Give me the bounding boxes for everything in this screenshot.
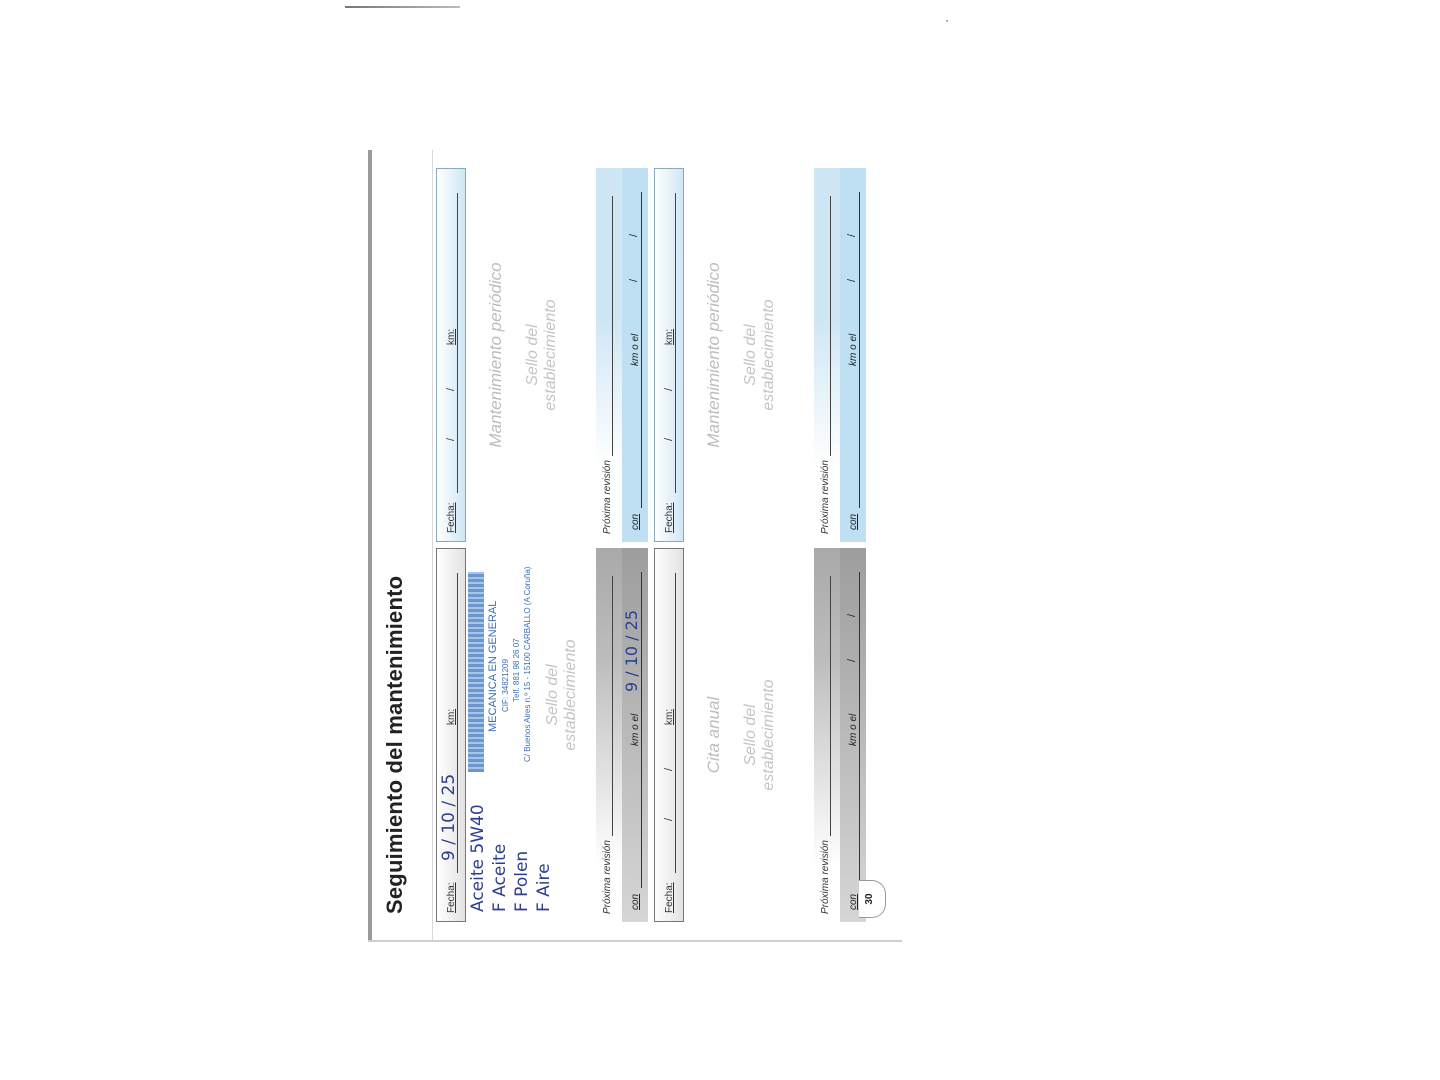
stamp-activity: MECANICA EN GENERAL	[487, 562, 499, 772]
next-revision-km-line	[859, 572, 860, 888]
workshop-stamp: MECANICA EN GENERAL CIF: 34821209 Telf. …	[468, 562, 532, 772]
date-separator: /	[846, 659, 858, 662]
date-separator: /	[663, 388, 675, 391]
date-km-bar: Fecha: 9 / 10 / 25 km:	[436, 548, 466, 922]
stamp-phone: Telf. 881 98 26 07	[512, 562, 521, 772]
stamp-placeholder-text: Sello del establecimiento	[742, 168, 778, 542]
stamp-placeholder-text: Sello del establecimiento	[524, 168, 560, 542]
handwritten-next-date[interactable]: 9 / 10 / 25	[622, 610, 641, 692]
scan-speck	[946, 20, 948, 22]
next-revision-label: Próxima revisión	[602, 460, 613, 534]
km-o-el-label: km o el	[630, 714, 641, 746]
km-label: km:	[664, 709, 675, 725]
km-label: km:	[446, 329, 457, 345]
stamp-business-name	[468, 572, 484, 772]
next-revision-label: Próxima revisión	[820, 460, 831, 534]
next-revision-line	[830, 196, 831, 456]
next-revision-row: con km o el / /	[840, 168, 866, 542]
next-revision-line	[612, 576, 613, 836]
km-label: km:	[664, 329, 675, 345]
next-revision-box: Próxima revisión con km o el / /	[814, 168, 866, 542]
date-km-bar: Fecha: / / km:	[654, 168, 684, 542]
section-type-label: Cita anual	[704, 548, 724, 922]
next-revision-box: Próxima revisión con km o el / /	[596, 168, 648, 542]
maintenance-card: Fecha: / / km: Cita anual Sello del esta…	[654, 548, 866, 922]
con-label: con	[630, 514, 641, 530]
fecha-line	[675, 193, 676, 493]
date-separator: /	[846, 279, 858, 282]
date-separator: /	[846, 614, 858, 617]
date-separator: /	[628, 234, 640, 237]
handwritten-date[interactable]: 9 / 10 / 25	[439, 774, 459, 861]
next-revision-row: con km o el / /	[622, 168, 648, 542]
page-title: Seguimiento del mantenimiento	[382, 576, 408, 914]
next-revision-box: Próxima revisión con km o el / /	[814, 548, 866, 922]
fecha-line	[675, 573, 676, 873]
maintenance-card: Fecha: / / km: Mantenimiento periódico S…	[654, 168, 866, 542]
km-o-el-label: km o el	[630, 334, 641, 366]
date-separator: /	[628, 279, 640, 282]
fecha-line	[457, 193, 458, 493]
periodic-maintenance-column: Fecha: / / km: Mantenimiento periódico S…	[432, 168, 872, 542]
maintenance-log-page: Seguimiento del mantenimiento Fecha: 9 /…	[368, 150, 902, 940]
con-label: con	[848, 514, 859, 530]
date-separator: /	[663, 768, 675, 771]
next-revision-km-line	[641, 192, 642, 508]
con-label: con	[630, 894, 641, 910]
date-km-bar: Fecha: / / km:	[436, 168, 466, 542]
next-revision-label: Próxima revisión	[602, 840, 613, 914]
next-revision-label: Próxima revisión	[820, 840, 831, 914]
next-revision-row: con km o el / /	[840, 548, 866, 922]
next-revision-row: con km o el 9 / 10 / 25	[622, 548, 648, 922]
next-revision-box: Próxima revisión con km o el 9 / 10 / 25	[596, 548, 648, 922]
km-o-el-label: km o el	[848, 334, 859, 366]
date-separator: /	[846, 234, 858, 237]
date-separator: /	[663, 818, 675, 821]
handwritten-note: F Polen	[512, 851, 532, 912]
handwritten-note: Aceite 5W40	[468, 804, 488, 912]
stamp-placeholder-text: Sello del establecimiento	[742, 548, 778, 922]
section-type-label: Mantenimiento periódico	[486, 168, 506, 542]
km-label: km:	[446, 709, 457, 725]
km-o-el-label: km o el	[848, 714, 859, 746]
next-revision-line	[830, 576, 831, 836]
fecha-label: Fecha:	[446, 882, 457, 913]
date-km-bar: Fecha: / / km:	[654, 548, 684, 922]
maintenance-card: Fecha: / / km: Mantenimiento periódico S…	[436, 168, 648, 542]
handwritten-note: F Aceite	[490, 844, 510, 912]
stamp-placeholder-text: Sello del establecimiento	[544, 508, 580, 882]
date-separator: /	[445, 438, 457, 441]
scan-edge-line	[345, 6, 460, 8]
date-separator: /	[663, 438, 675, 441]
fecha-label: Fecha:	[664, 882, 675, 913]
stamp-address: C/ Buenos Aires n.º 15 - 15100 CARBALLO …	[523, 562, 532, 772]
fecha-label: Fecha:	[446, 502, 457, 533]
page-number: 30	[859, 880, 886, 918]
next-revision-km-line	[859, 192, 860, 508]
next-revision-line	[612, 196, 613, 456]
maintenance-card: Fecha: 9 / 10 / 25 km: Aceite 5W40 F Ace…	[436, 548, 648, 922]
con-label: con	[848, 894, 859, 910]
stamp-cif: CIF: 34821209	[501, 562, 510, 772]
date-separator: /	[445, 388, 457, 391]
next-revision-km-line	[641, 572, 642, 888]
section-type-label: Mantenimiento periódico	[704, 168, 724, 542]
annual-appointments-column: Fecha: 9 / 10 / 25 km: Aceite 5W40 F Ace…	[432, 548, 872, 922]
fecha-label: Fecha:	[664, 502, 675, 533]
